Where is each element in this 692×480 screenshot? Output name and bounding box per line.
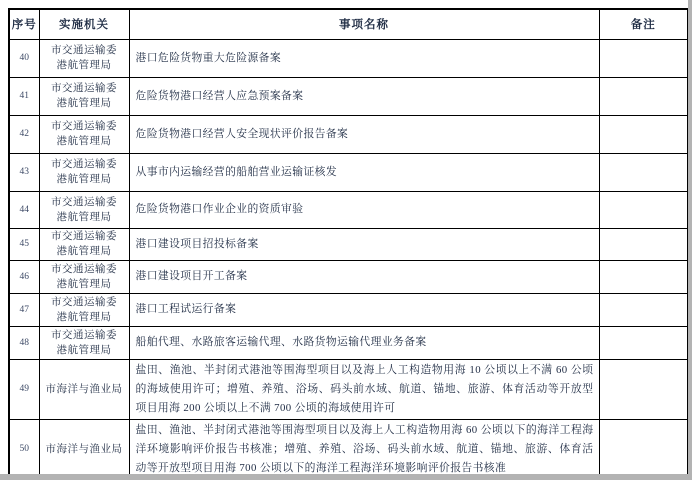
- table-row: 49市海洋与渔业局盐田、渔池、半封闭式港池等围海型项目以及海上人工构造物用海 1…: [9, 359, 688, 419]
- item-name-cell: 盐田、渔池、半封闭式港池等围海型项目以及海上人工构造物用海 10 公顷以上不满 …: [129, 359, 599, 419]
- serial-number-cell: 42: [9, 115, 39, 153]
- remark-cell: [599, 359, 688, 419]
- approval-items-table: 序号 实施机关 事项名称 备注 40市交通运输委港航管理局港口危险货物重大危险源…: [8, 8, 689, 480]
- item-name-cell: 港口危险货物重大危险源备案: [129, 39, 599, 77]
- column-header-remarks: 备注: [599, 9, 688, 39]
- item-name-cell: 港口建设项目开工备案: [129, 260, 599, 293]
- agency-line: 港航管理局: [42, 96, 127, 111]
- agency-cell: 市交通运输委港航管理局: [39, 293, 129, 326]
- agency-line: 港航管理局: [42, 172, 127, 187]
- table-header-row: 序号 实施机关 事项名称 备注: [9, 9, 688, 39]
- remark-cell: [599, 115, 688, 153]
- table-row: 40市交通运输委港航管理局港口危险货物重大危险源备案: [9, 39, 688, 77]
- agency-line: 市海洋与渔业局: [42, 382, 127, 397]
- agency-cell: 市交通运输委港航管理局: [39, 326, 129, 359]
- item-name-cell: 港口工程试运行备案: [129, 293, 599, 326]
- agency-line: 市交通运输委: [42, 295, 127, 310]
- remark-cell: [599, 260, 688, 293]
- table-row: 50市海洋与渔业局盐田、渔池、半封闭式港池等围海型项目以及海上人工构造物用海 6…: [9, 419, 688, 480]
- agency-line: 港航管理局: [42, 58, 127, 73]
- agency-cell: 市交通运输委港航管理局: [39, 228, 129, 260]
- remark-cell: [599, 39, 688, 77]
- serial-number-cell: 46: [9, 260, 39, 293]
- agency-line: 港航管理局: [42, 134, 127, 149]
- agency-line: 港航管理局: [42, 310, 127, 325]
- remark-cell: [599, 153, 688, 191]
- table-body: 40市交通运输委港航管理局港口危险货物重大危险源备案41市交通运输委港航管理局危…: [9, 39, 688, 480]
- page-edge-bottom: [0, 474, 692, 480]
- agency-cell: 市海洋与渔业局: [39, 359, 129, 419]
- item-name-cell: 船舶代理、水路旅客运输代理、水路货物运输代理业务备案: [129, 326, 599, 359]
- serial-number-cell: 50: [9, 419, 39, 480]
- table-row: 43市交通运输委港航管理局从事市内运输经营的船舶营业运输证核发: [9, 153, 688, 191]
- remark-cell: [599, 228, 688, 260]
- agency-cell: 市交通运输委港航管理局: [39, 260, 129, 293]
- agency-line: 市交通运输委: [42, 43, 127, 58]
- agency-line: 市交通运输委: [42, 195, 127, 210]
- serial-number-cell: 44: [9, 191, 39, 228]
- item-name-cell: 盐田、渔池、半封闭式港池等围海型项目以及海上人工构造物用海 60 公顷以下的海洋…: [129, 419, 599, 480]
- agency-line: 市交通运输委: [42, 119, 127, 134]
- table-row: 44市交通运输委港航管理局危险货物港口作业企业的资质审验: [9, 191, 688, 228]
- agency-cell: 市交通运输委港航管理局: [39, 77, 129, 115]
- table-row: 42市交通运输委港航管理局危险货物港口经营人安全现状评价报告备案: [9, 115, 688, 153]
- item-name-cell: 危险货物港口经营人应急预案备案: [129, 77, 599, 115]
- agency-line: 市海洋与渔业局: [42, 442, 127, 457]
- table-row: 47市交通运输委港航管理局港口工程试运行备案: [9, 293, 688, 326]
- column-header-implementing-agency: 实施机关: [39, 9, 129, 39]
- agency-cell: 市交通运输委港航管理局: [39, 39, 129, 77]
- item-name-cell: 危险货物港口作业企业的资质审验: [129, 191, 599, 228]
- page-edge-right: [688, 0, 692, 480]
- agency-line: 市交通运输委: [42, 229, 127, 244]
- remark-cell: [599, 77, 688, 115]
- remark-cell: [599, 326, 688, 359]
- agency-line: 港航管理局: [42, 343, 127, 358]
- serial-number-cell: 49: [9, 359, 39, 419]
- table-row: 46市交通运输委港航管理局港口建设项目开工备案: [9, 260, 688, 293]
- remark-cell: [599, 419, 688, 480]
- agency-cell: 市交通运输委港航管理局: [39, 191, 129, 228]
- item-name-cell: 危险货物港口经营人安全现状评价报告备案: [129, 115, 599, 153]
- agency-line: 市交通运输委: [42, 262, 127, 277]
- agency-line: 港航管理局: [42, 244, 127, 259]
- table-row: 45市交通运输委港航管理局港口建设项目招投标备案: [9, 228, 688, 260]
- table-row: 41市交通运输委港航管理局危险货物港口经营人应急预案备案: [9, 77, 688, 115]
- serial-number-cell: 47: [9, 293, 39, 326]
- agency-cell: 市交通运输委港航管理局: [39, 115, 129, 153]
- table-row: 48市交通运输委港航管理局船舶代理、水路旅客运输代理、水路货物运输代理业务备案: [9, 326, 688, 359]
- agency-line: 港航管理局: [42, 277, 127, 292]
- remark-cell: [599, 191, 688, 228]
- agency-line: 港航管理局: [42, 210, 127, 225]
- column-header-item-name: 事项名称: [129, 9, 599, 39]
- agency-line: 市交通运输委: [42, 157, 127, 172]
- serial-number-cell: 43: [9, 153, 39, 191]
- agency-line: 市交通运输委: [42, 81, 127, 96]
- agency-cell: 市海洋与渔业局: [39, 419, 129, 480]
- serial-number-cell: 41: [9, 77, 39, 115]
- item-name-cell: 港口建设项目招投标备案: [129, 228, 599, 260]
- remark-cell: [599, 293, 688, 326]
- item-name-cell: 从事市内运输经营的船舶营业运输证核发: [129, 153, 599, 191]
- agency-line: 市交通运输委: [42, 328, 127, 343]
- serial-number-cell: 40: [9, 39, 39, 77]
- column-header-serial-number: 序号: [9, 9, 39, 39]
- serial-number-cell: 48: [9, 326, 39, 359]
- agency-cell: 市交通运输委港航管理局: [39, 153, 129, 191]
- serial-number-cell: 45: [9, 228, 39, 260]
